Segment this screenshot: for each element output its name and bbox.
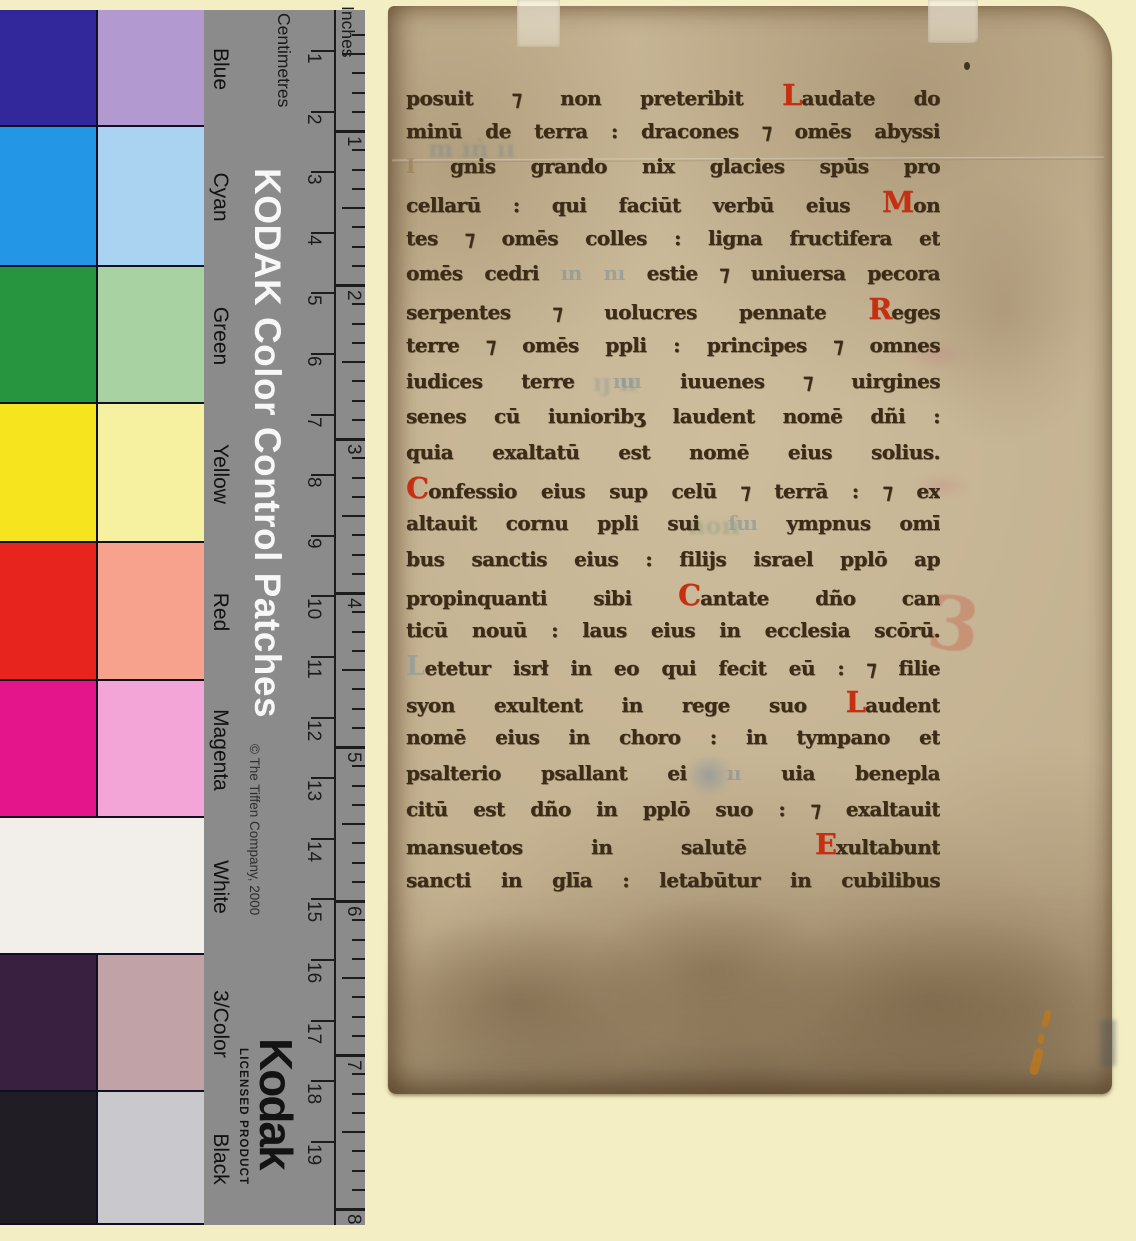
text-segment: ın nı bbox=[561, 261, 625, 285]
inch-eighth-tick bbox=[352, 1035, 365, 1037]
cm-number: 3 bbox=[302, 174, 324, 185]
inch-eighth-tick bbox=[352, 650, 365, 652]
inch-number: 1 bbox=[342, 136, 364, 147]
inch-eighth-tick bbox=[352, 785, 365, 787]
text-line: ticū nouū : laus eius in ecclesia scōrū. bbox=[406, 613, 940, 649]
inch-eighth-tick bbox=[352, 573, 365, 575]
text-line: mansuetos in salutē Exultabunt bbox=[406, 827, 940, 863]
text-line: Letetur isrł in eo qui fecit eū : ⁊ fili… bbox=[406, 649, 940, 685]
text-line: citū est dño in pplō suo : ⁊ exaltauit bbox=[406, 792, 940, 828]
text-segment: senes cū iunioribʒ laudent nomē dñi : bbox=[406, 404, 940, 428]
text-segment: nomē eius in choro : in tympano et bbox=[406, 725, 940, 749]
cm-number: 2 bbox=[302, 114, 324, 125]
patch-swatch bbox=[0, 404, 98, 541]
cm-number: 12 bbox=[302, 720, 324, 741]
text-line: serpentes ⁊ uolucres pennate Reges bbox=[406, 292, 940, 328]
inch-eighth-tick bbox=[352, 958, 365, 960]
inch-half-tick bbox=[342, 823, 365, 825]
inch-eighth-tick bbox=[352, 708, 365, 710]
inch-eighth-tick bbox=[352, 111, 365, 113]
patch-tint bbox=[98, 543, 204, 679]
inch-eighth-tick bbox=[352, 534, 365, 536]
text-line: altauit cornu ppli sui ſuı ympnus omī bbox=[406, 506, 940, 542]
cm-number: 6 bbox=[302, 356, 324, 367]
cm-tick bbox=[311, 959, 334, 961]
cm-number: 19 bbox=[302, 1144, 324, 1165]
inch-eighth-tick bbox=[352, 226, 365, 228]
rubric-initial: L bbox=[846, 685, 865, 719]
text-segment: bus sanctis eius : filijs israel pplō ap bbox=[406, 547, 940, 571]
patch-label: Magenta bbox=[208, 709, 232, 791]
text-segment: estie ⁊ uniuersa pecora bbox=[625, 261, 940, 285]
cm-tick bbox=[311, 414, 334, 416]
cm-tick bbox=[311, 1141, 334, 1143]
cm-tick bbox=[311, 171, 334, 173]
inch-eighth-tick bbox=[352, 188, 365, 190]
text-segment: antate dño can bbox=[700, 586, 940, 610]
patch-row bbox=[0, 1092, 204, 1225]
inch-number: 7 bbox=[342, 1060, 364, 1071]
inch-tick bbox=[334, 746, 365, 749]
cm-number: 17 bbox=[302, 1023, 324, 1044]
text-line: psalterio psallant ei ıı uia benepla bbox=[406, 756, 940, 792]
rubric-initial: C bbox=[678, 578, 700, 612]
patch-swatch bbox=[0, 543, 98, 679]
cm-tick bbox=[311, 50, 334, 52]
text-segment: altauit cornu ppli sui bbox=[406, 511, 728, 535]
inch-number: 4 bbox=[342, 598, 364, 609]
cm-tick bbox=[311, 838, 334, 840]
inch-eighth-tick bbox=[352, 996, 365, 998]
inch-half-tick bbox=[342, 977, 365, 979]
inch-eighth-tick bbox=[352, 1112, 365, 1114]
patch-swatch bbox=[0, 1092, 98, 1223]
color-target-bar: KODAK Color Control Patches © The Tiffen… bbox=[204, 10, 365, 1225]
inch-tick bbox=[334, 130, 365, 133]
inch-eighth-tick bbox=[352, 92, 365, 94]
inch-eighth-tick bbox=[352, 342, 365, 344]
inch-tick bbox=[334, 284, 365, 287]
cm-number: 15 bbox=[302, 901, 324, 922]
inch-eighth-tick bbox=[352, 323, 365, 325]
text-segment: L bbox=[406, 651, 424, 682]
inch-eighth-tick bbox=[352, 72, 365, 74]
cm-number: 13 bbox=[302, 780, 324, 801]
inch-eighth-tick bbox=[352, 265, 365, 267]
text-segment: iuuenes ⁊ uirgines bbox=[641, 369, 940, 393]
rubric-initial: R bbox=[868, 292, 891, 326]
patch-tint bbox=[98, 127, 204, 265]
patch-label: Cyan bbox=[208, 172, 232, 221]
inch-half-tick bbox=[342, 1131, 365, 1133]
patch-row bbox=[0, 818, 204, 955]
patch-label: Blue bbox=[208, 47, 232, 89]
patch-swatch bbox=[0, 267, 98, 402]
kodak-title: KODAK Color Control Patches bbox=[245, 168, 288, 718]
patch-label: Red bbox=[208, 593, 232, 632]
cm-number: 7 bbox=[302, 417, 324, 428]
licensed-product-label: LICENSED PRODUCT bbox=[236, 1048, 249, 1185]
cm-number: 10 bbox=[302, 598, 324, 619]
inch-eighth-tick bbox=[352, 1016, 365, 1018]
patch-swatch bbox=[0, 127, 98, 265]
text-segment: cellarū : qui faciūt verbū eius bbox=[406, 193, 882, 217]
patch-label: Yellow bbox=[208, 444, 232, 504]
text-segment: on bbox=[913, 193, 940, 217]
patch-tint bbox=[98, 681, 204, 816]
cm-tick bbox=[311, 656, 334, 658]
patch-label: White bbox=[208, 860, 232, 914]
cm-number: 14 bbox=[302, 841, 324, 862]
cm-tick bbox=[311, 353, 334, 355]
text-segment: eges bbox=[891, 300, 940, 324]
ink-speck bbox=[964, 62, 970, 70]
text-line: cellarū : qui faciūt verbū eius Mon bbox=[406, 185, 940, 221]
text-segment: ıı bbox=[727, 761, 741, 785]
inch-eighth-tick bbox=[352, 1073, 365, 1075]
text-segment: onfessio eius sup celū ⁊ terrā : ⁊ ex bbox=[428, 479, 940, 503]
text-segment: I bbox=[406, 154, 415, 178]
cm-number: 11 bbox=[302, 659, 324, 679]
cm-tick bbox=[311, 1080, 334, 1082]
text-segment: etetur isrł in eo qui fecit eū : ⁊ filie bbox=[424, 656, 940, 680]
text-segment: audate do bbox=[801, 86, 940, 110]
text-segment: posuit ⁊ non preteribit bbox=[406, 86, 782, 110]
inch-number: 8 bbox=[342, 1214, 364, 1225]
inch-eighth-tick bbox=[352, 303, 365, 305]
cm-number: 9 bbox=[302, 538, 324, 549]
text-segment: tes ⁊ omēs colles : ligna fructifera et bbox=[406, 226, 940, 250]
inch-eighth-tick bbox=[352, 919, 365, 921]
text-segment: gnis grando nix glacies spūs pro bbox=[415, 154, 940, 178]
cm-number: 4 bbox=[302, 235, 324, 246]
patch-swatch bbox=[0, 10, 98, 125]
cm-tick bbox=[311, 717, 334, 719]
patch-row bbox=[0, 127, 204, 267]
patch-row bbox=[0, 681, 204, 818]
inch-eighth-tick bbox=[352, 765, 365, 767]
photo-mat: KODAK Color Control Patches © The Tiffen… bbox=[0, 0, 1136, 1241]
text-segment: ympnus omī bbox=[757, 511, 940, 535]
inch-eighth-tick bbox=[352, 419, 365, 421]
patch-swatch bbox=[0, 955, 98, 1090]
parchment-stain-band bbox=[388, 886, 1112, 1094]
patch-tint bbox=[98, 955, 204, 1090]
inch-tick bbox=[334, 438, 365, 441]
patch-row bbox=[0, 543, 204, 681]
patch-tint bbox=[98, 267, 204, 402]
text-segment: serpentes ⁊ uolucres pennate bbox=[406, 300, 868, 324]
rubric-initial: C bbox=[406, 471, 428, 505]
copyright-text: © The Tiffen Company, 2000 bbox=[246, 744, 262, 915]
inch-eighth-tick bbox=[352, 881, 365, 883]
text-line: senes cū iunioribʒ laudent nomē dñi : bbox=[406, 399, 940, 435]
text-segment: omēs cedri bbox=[406, 261, 561, 285]
inch-eighth-tick bbox=[352, 1170, 365, 1172]
inch-number: 3 bbox=[342, 444, 364, 455]
cm-tick bbox=[311, 474, 334, 476]
rubric-initial: L bbox=[782, 78, 801, 112]
cm-number: 16 bbox=[302, 962, 324, 983]
cm-number: 8 bbox=[302, 477, 324, 488]
inch-eighth-tick bbox=[352, 1189, 365, 1191]
patch-swatch bbox=[0, 818, 204, 953]
kodak-logo: Kodak bbox=[249, 1038, 302, 1169]
text-line: I gnis grando nix glacies spūs pro bbox=[406, 149, 940, 185]
inch-eighth-tick bbox=[352, 1093, 365, 1095]
patch-row bbox=[0, 10, 204, 127]
inch-eighth-tick bbox=[352, 457, 365, 459]
inch-half-tick bbox=[342, 361, 365, 363]
patch-swatch bbox=[0, 681, 98, 816]
inch-eighth-tick bbox=[352, 554, 365, 556]
text-segment: sancti in glīa : letabūtur in cubilibus bbox=[406, 868, 940, 892]
inch-tick bbox=[334, 900, 365, 903]
inch-half-tick bbox=[342, 669, 365, 671]
inch-number: 5 bbox=[342, 752, 364, 763]
text-segment: mansuetos in salutē bbox=[406, 835, 815, 859]
text-segment: syon exultent in rege suo bbox=[406, 693, 846, 717]
inch-eighth-tick bbox=[352, 688, 365, 690]
inch-eighth-tick bbox=[352, 380, 365, 382]
edge-smudge bbox=[1101, 1020, 1116, 1066]
inch-number: 6 bbox=[342, 906, 364, 917]
patch-tint bbox=[98, 1092, 204, 1223]
patch-row bbox=[0, 267, 204, 404]
inch-eighth-tick bbox=[352, 631, 365, 633]
rubric-initial: M bbox=[882, 185, 913, 219]
cm-tick bbox=[311, 111, 334, 113]
cm-tick bbox=[311, 1020, 334, 1022]
text-segment: xultabunt bbox=[836, 835, 940, 859]
inch-eighth-tick bbox=[352, 862, 365, 864]
inch-half-tick bbox=[342, 515, 365, 517]
inch-tick bbox=[334, 1054, 365, 1057]
patch-label: Green bbox=[208, 306, 232, 364]
inch-eighth-tick bbox=[352, 496, 365, 498]
inch-tick bbox=[334, 592, 365, 595]
text-line: bus sanctis eius : filijs israel pplō ap bbox=[406, 542, 940, 578]
text-segment: terre ⁊ omēs ppli : principes ⁊ omnes bbox=[406, 333, 940, 357]
mounting-tape bbox=[517, 0, 560, 47]
patch-label: Black bbox=[208, 1133, 232, 1184]
inch-half-tick bbox=[342, 207, 365, 209]
text-segment: audent bbox=[865, 693, 940, 717]
patch-tint bbox=[98, 404, 204, 541]
text-segment: propinquanti sibi bbox=[406, 586, 678, 610]
text-segment: ıuı bbox=[613, 369, 641, 393]
patch-row bbox=[0, 404, 204, 543]
cm-number: 1 bbox=[302, 53, 324, 64]
text-line: Confessio eius sup celū ⁊ terrā : ⁊ ex bbox=[406, 471, 940, 507]
text-line: tes ⁊ omēs colles : ligna fructifera et bbox=[406, 221, 940, 257]
cm-tick bbox=[311, 232, 334, 234]
cm-number: 18 bbox=[302, 1083, 324, 1104]
inch-eighth-tick bbox=[352, 246, 365, 248]
inch-eighth-tick bbox=[352, 169, 365, 171]
inch-eighth-tick bbox=[352, 842, 365, 844]
centimetres-label: Centimetres bbox=[274, 13, 294, 107]
inch-number: 2 bbox=[342, 290, 364, 301]
text-segment: ticū nouū : laus eius in ecclesia scōrū. bbox=[406, 618, 940, 642]
patch-row bbox=[0, 955, 204, 1092]
text-segment: citū est dño in pplō suo : ⁊ exaltauit bbox=[406, 797, 940, 821]
inch-eighth-tick bbox=[352, 1150, 365, 1152]
text-line: posuit ⁊ non preteribit Laudate do bbox=[406, 78, 940, 114]
patch-label: 3/Color bbox=[208, 990, 232, 1058]
inch-eighth-tick bbox=[352, 939, 365, 941]
inch-tick bbox=[334, 1208, 365, 1211]
text-line: sancti in glīa : letabūtur in cubilibus bbox=[406, 863, 940, 899]
text-line: omēs cedri ın nı estie ⁊ uniuersa pecora bbox=[406, 256, 940, 292]
mounting-tape bbox=[928, 0, 978, 43]
inch-eighth-tick bbox=[352, 149, 365, 151]
manuscript-text: posuit ⁊ non preteribit Laudate dominū d… bbox=[406, 78, 940, 899]
patch-tint bbox=[98, 10, 204, 125]
text-line: quia exaltatū est nomē eius solius. bbox=[406, 435, 940, 471]
manuscript-leaf: m ıṅ ıı ıȷ ıı ṅoıı 3 posuit ⁊ non preter… bbox=[388, 6, 1112, 1094]
rubric-initial: E bbox=[815, 827, 836, 861]
inch-eighth-tick bbox=[352, 477, 365, 479]
cm-number: 5 bbox=[302, 295, 324, 306]
text-segment: minū de terra : dracones ⁊ omēs abyssi bbox=[406, 119, 940, 143]
text-segment: iudices terre bbox=[406, 369, 613, 393]
inch-eighth-tick bbox=[352, 400, 365, 402]
cm-tick bbox=[311, 535, 334, 537]
ruler-baseline bbox=[334, 10, 336, 1225]
text-segment: ſuı bbox=[728, 511, 757, 535]
text-line: propinquanti sibi Cantate dño can bbox=[406, 578, 940, 614]
inch-eighth-tick bbox=[352, 727, 365, 729]
text-line: minū de terra : dracones ⁊ omēs abyssi bbox=[406, 114, 940, 150]
text-segment: quia exaltatū est nomē eius solius. bbox=[406, 440, 940, 464]
inches-label: Inches bbox=[338, 6, 358, 58]
inch-eighth-tick bbox=[352, 34, 365, 36]
inch-eighth-tick bbox=[352, 611, 365, 613]
inch-eighth-tick bbox=[352, 804, 365, 806]
text-line: nomē eius in choro : in tympano et bbox=[406, 720, 940, 756]
text-line: iudices terre ıuı iuuenes ⁊ uirgines bbox=[406, 364, 940, 400]
cm-tick bbox=[311, 777, 334, 779]
text-line: syon exultent in rege suo Laudent bbox=[406, 685, 940, 721]
text-line: terre ⁊ omēs ppli : principes ⁊ omnes bbox=[406, 328, 940, 364]
text-segment: uia benepla bbox=[741, 761, 940, 785]
text-segment: psalterio psallant ei bbox=[406, 761, 727, 785]
inch-half-tick bbox=[342, 53, 365, 55]
